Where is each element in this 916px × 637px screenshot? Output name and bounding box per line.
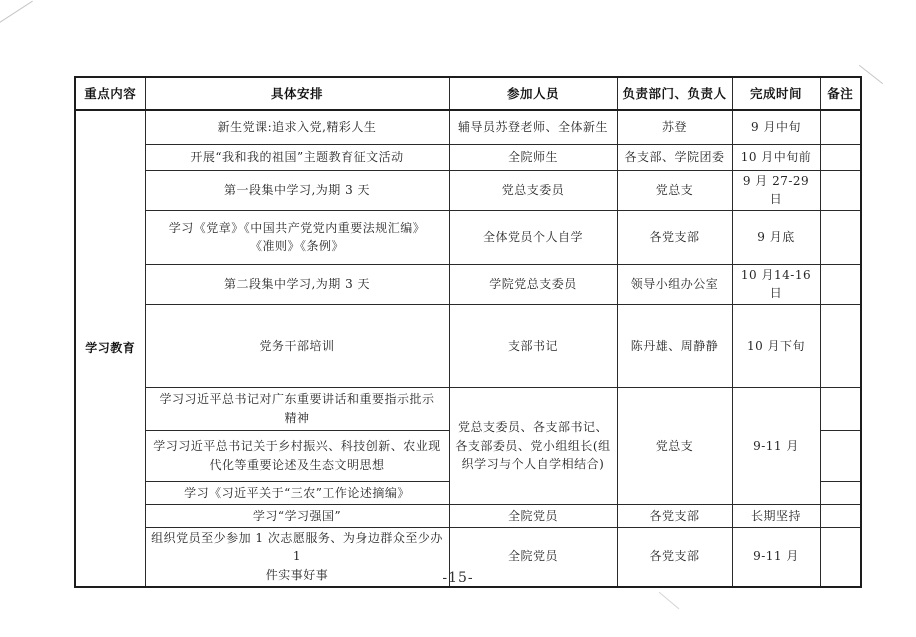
- deadline-cell: 长期坚持: [732, 504, 820, 527]
- responsible-cell: 领导小组办公室: [617, 264, 732, 304]
- participants-cell: 支部书记: [449, 304, 617, 387]
- deadline-cell: 10 月中旬前: [732, 144, 820, 170]
- participants-cell: 全体党员个人自学: [449, 210, 617, 264]
- arrangement-cell: 学习《习近平关于“三农”工作论述摘编》: [145, 481, 449, 504]
- responsible-cell: 各党支部: [617, 210, 732, 264]
- document-page: 重点内容 具体安排 参加人员 负责部门、负责人 完成时间 备注 学习教育 新生党…: [0, 0, 916, 637]
- deadline-cell: 10 月下旬: [732, 304, 820, 387]
- scan-artifact: [0, 1, 33, 25]
- scan-artifact: [659, 592, 680, 609]
- header-responsible: 负责部门、负责人: [617, 77, 732, 110]
- remark-cell: [820, 387, 861, 430]
- header-key-content: 重点内容: [75, 77, 145, 110]
- table-row: 学习“学习强国” 全院党员 各党支部 长期坚持: [75, 504, 861, 527]
- table-row: 学习教育 新生党课:追求入党,精彩人生 辅导员苏登老师、全体新生 苏登 9 月中…: [75, 110, 861, 144]
- header-row: 重点内容 具体安排 参加人员 负责部门、负责人 完成时间 备注: [75, 77, 861, 110]
- participants-cell: 党总支委员: [449, 170, 617, 210]
- arrangement-cell: 第一段集中学习,为期 3 天: [145, 170, 449, 210]
- table-row: 学习习近平总书记对广东重要讲话和重要指示批示 精神 党总支委员、各支部书记、 各…: [75, 387, 861, 430]
- responsible-cell: 苏登: [617, 110, 732, 144]
- responsible-cell: 党总支: [617, 387, 732, 504]
- header-remark: 备注: [820, 77, 861, 110]
- arrangement-cell: 学习习近平总书记对广东重要讲话和重要指示批示 精神: [145, 387, 449, 430]
- header-arrangement: 具体安排: [145, 77, 449, 110]
- remark-cell: [820, 481, 861, 504]
- arrangement-cell: 学习《党章》《中国共产党党内重要法规汇编》 《准则》《条例》: [145, 210, 449, 264]
- table-row: 第二段集中学习,为期 3 天 学院党总支委员 领导小组办公室 10 月14-16…: [75, 264, 861, 304]
- responsible-cell: 各党支部: [617, 504, 732, 527]
- remark-cell: [820, 210, 861, 264]
- arrangement-cell: 学习“学习强国”: [145, 504, 449, 527]
- participants-cell: 学院党总支委员: [449, 264, 617, 304]
- arrangement-cell: 党务干部培训: [145, 304, 449, 387]
- remark-cell: [820, 304, 861, 387]
- responsible-cell: 陈丹雄、周静静: [617, 304, 732, 387]
- page-number: -15-: [0, 570, 916, 586]
- remark-cell: [820, 430, 861, 481]
- remark-cell: [820, 144, 861, 170]
- remark-cell: [820, 170, 861, 210]
- participants-cell: 辅导员苏登老师、全体新生: [449, 110, 617, 144]
- table-row: 党务干部培训 支部书记 陈丹雄、周静静 10 月下旬: [75, 304, 861, 387]
- arrangement-cell: 学习习近平总书记关于乡村振兴、科技创新、农业现 代化等重要论述及生态文明思想: [145, 430, 449, 481]
- work-plan-table: 重点内容 具体安排 参加人员 负责部门、负责人 完成时间 备注 学习教育 新生党…: [74, 76, 862, 588]
- remark-cell: [820, 264, 861, 304]
- participants-cell: 党总支委员、各支部书记、 各支部委员、党小组组长(组 织学习与个人自学相结合): [449, 387, 617, 504]
- arrangement-cell: 第二段集中学习,为期 3 天: [145, 264, 449, 304]
- category-cell: 学习教育: [75, 110, 145, 587]
- responsible-cell: 各支部、学院团委: [617, 144, 732, 170]
- deadline-cell: 10 月14-16 日: [732, 264, 820, 304]
- remark-cell: [820, 110, 861, 144]
- arrangement-cell: 新生党课:追求入党,精彩人生: [145, 110, 449, 144]
- participants-cell: 全院党员: [449, 504, 617, 527]
- scan-artifact: [859, 65, 883, 84]
- participants-cell: 全院师生: [449, 144, 617, 170]
- remark-cell: [820, 504, 861, 527]
- deadline-cell: 9 月中旬: [732, 110, 820, 144]
- deadline-cell: 9 月 27-29 日: [732, 170, 820, 210]
- arrangement-cell: 开展“我和我的祖国”主题教育征文活动: [145, 144, 449, 170]
- header-participants: 参加人员: [449, 77, 617, 110]
- table-row: 开展“我和我的祖国”主题教育征文活动 全院师生 各支部、学院团委 10 月中旬前: [75, 144, 861, 170]
- header-deadline: 完成时间: [732, 77, 820, 110]
- deadline-cell: 9 月底: [732, 210, 820, 264]
- deadline-cell: 9-11 月: [732, 387, 820, 504]
- responsible-cell: 党总支: [617, 170, 732, 210]
- table-row: 学习《党章》《中国共产党党内重要法规汇编》 《准则》《条例》 全体党员个人自学 …: [75, 210, 861, 264]
- table-row: 第一段集中学习,为期 3 天 党总支委员 党总支 9 月 27-29 日: [75, 170, 861, 210]
